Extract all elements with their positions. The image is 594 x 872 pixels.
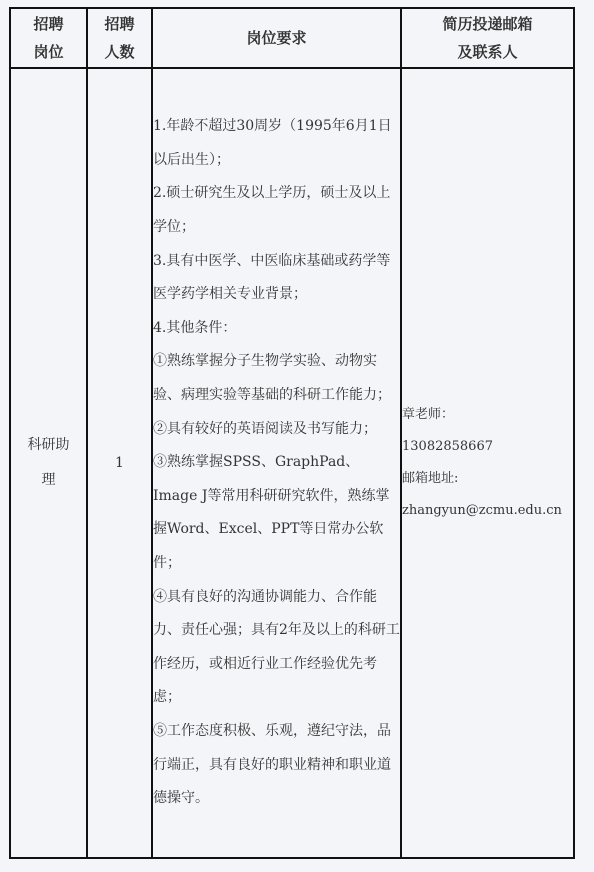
table-header-row: 招聘 岗位 招聘 人数 岗位要求 简历投递邮箱 及联系人 (10, 8, 574, 68)
header-contact: 简历投递邮箱 及联系人 (401, 8, 574, 68)
header-requirements-label: 岗位要求 (153, 24, 400, 52)
contact-email-label: 邮箱地址: (402, 463, 573, 495)
header-position-line2: 岗位 (11, 38, 86, 66)
header-count-line2: 人数 (88, 38, 151, 66)
recruitment-table: 招聘 岗位 招聘 人数 岗位要求 简历投递邮箱 及联系人 科研助 理 1 (9, 7, 575, 859)
header-requirements: 岗位要求 (152, 8, 401, 68)
requirement-item: ①熟练掌握分子生物学实验、动物实验、病理实验等基础的科研工作能力； (153, 345, 400, 412)
header-count-line1: 招聘 (88, 10, 151, 38)
contact-email-link[interactable]: zhangyun@zcmu.edu.cn (402, 495, 573, 527)
header-contact-line2: 及联系人 (402, 38, 573, 66)
contact-name: 章老师： (402, 399, 573, 431)
requirement-item: ④具有良好的沟通协调能力、合作能力、责任心强；具有2年及以上的科研工作经历，或相… (153, 581, 400, 715)
requirement-item: 1.年龄不超过30周岁（1995年6月1日以后出生）； (153, 110, 400, 177)
contact-phone: 13082858667 (402, 431, 573, 463)
requirement-item: ②具有较好的英语阅读及书写能力； (153, 413, 400, 447)
header-position: 招聘 岗位 (10, 8, 87, 68)
header-contact-line1: 简历投递邮箱 (402, 10, 573, 38)
requirement-item: 2.硕士研究生及以上学历，硕士及以上学位； (153, 177, 400, 244)
requirement-item: 3.具有中医学、中医临床基础或药学等医学药学相关专业背景； (153, 245, 400, 312)
cell-position: 科研助 理 (10, 68, 87, 858)
cell-contact: 章老师： 13082858667 邮箱地址: zhangyun@zcmu.edu… (401, 68, 574, 858)
table-row: 科研助 理 1 1.年龄不超过30周岁（1995年6月1日以后出生）； 2.硕士… (10, 68, 574, 858)
cell-count: 1 (87, 68, 152, 858)
position-line1: 科研助 (11, 428, 86, 463)
requirement-item: ③熟练掌握SPSS、GraphPad、Image J等常用科研研究软件，熟练掌握… (153, 446, 400, 580)
requirement-item: 4.其他条件： (153, 312, 400, 346)
requirement-item: ⑤工作态度积极、乐观，遵纪守法，品行端正，具有良好的职业精神和职业道德操守。 (153, 715, 400, 816)
header-count: 招聘 人数 (87, 8, 152, 68)
cell-requirements: 1.年龄不超过30周岁（1995年6月1日以后出生）； 2.硕士研究生及以上学历… (152, 68, 401, 858)
position-line2: 理 (11, 463, 86, 498)
header-position-line1: 招聘 (11, 10, 86, 38)
